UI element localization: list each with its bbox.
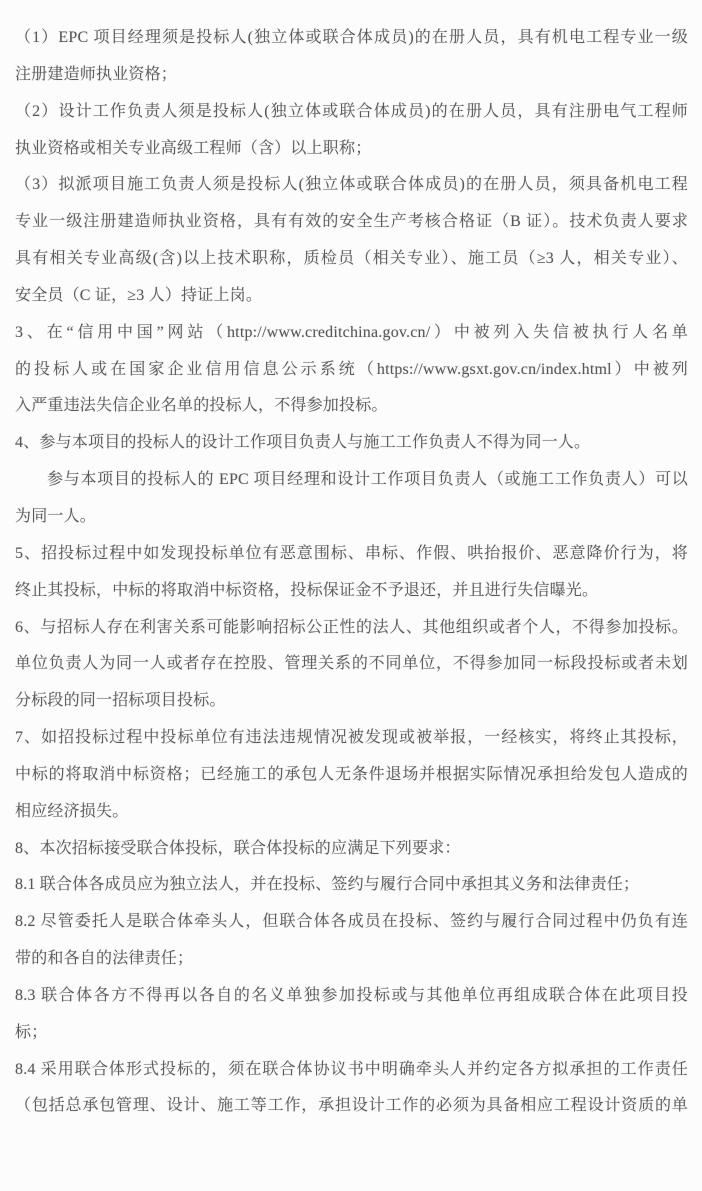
text-line: 执业资格或相关专业高级工程师（含）以上职称； bbox=[15, 131, 688, 168]
text-line: 专业一级注册建造师执业资格，具有有效的安全生产考核合格证（B 证）。技术负责人要… bbox=[15, 204, 688, 241]
text-line: 8.4 采用联合体形式投标的，须在联合体协议书中明确牵头人并约定各方拟承担的工作… bbox=[15, 1052, 688, 1089]
document-body: （1）EPC 项目经理须是投标人(独立体或联合体成员)的在册人员，具有机电工程专… bbox=[15, 20, 688, 1125]
text-line: 3、在“信用中国”网站（http://www.creditchina.gov.c… bbox=[15, 315, 688, 352]
text-line: 入严重违法失信企业名单的投标人，不得参加投标。 bbox=[15, 388, 688, 425]
text-line: 标； bbox=[15, 1015, 688, 1052]
text-line: 分标段的同一招标项目投标。 bbox=[15, 683, 688, 720]
text-line: 带的和各自的法律责任； bbox=[15, 941, 688, 978]
text-line: 8.3 联合体各方不得再以各自的名义单独参加投标或与其他单位再组成联合体在此项目… bbox=[15, 978, 688, 1015]
text-line: 单位负责人为同一人或者存在控股、管理关系的不同单位，不得参加同一标段投标或者未划 bbox=[15, 646, 688, 683]
text-line: 4、参与本项目的投标人的设计工作项目负责人与施工工作负责人不得为同一人。 bbox=[15, 425, 688, 462]
text-line: 8.2 尽管委托人是联合体牵头人，但联合体各成员在投标、签约与履行合同过程中仍负… bbox=[15, 904, 688, 941]
text-line: 安全员（C 证，≥3 人）持证上岗。 bbox=[15, 278, 688, 315]
text-line: （1）EPC 项目经理须是投标人(独立体或联合体成员)的在册人员，具有机电工程专… bbox=[15, 20, 688, 57]
text-line: 注册建造师执业资格； bbox=[15, 57, 688, 94]
text-line: 6、与招标人存在利害关系可能影响招标公正性的法人、其他组织或者个人，不得参加投标… bbox=[15, 610, 688, 647]
text-line: 相应经济损失。 bbox=[15, 794, 688, 831]
text-line: 为同一人。 bbox=[15, 499, 688, 536]
text-line: 终止其投标，中标的将取消中标资格，投标保证金不予退还，并且进行失信曝光。 bbox=[15, 573, 688, 610]
text-line: （2）设计工作负责人须是投标人(独立体或联合体成员)的在册人员，具有注册电气工程… bbox=[15, 94, 688, 131]
text-line: 中标的将取消中标资格；已经施工的承包人无条件退场并根据实际情况承担给发包人造成的 bbox=[15, 757, 688, 794]
text-line: （3）拟派项目施工负责人须是投标人(独立体或联合体成员)的在册人员，须具备机电工… bbox=[15, 167, 688, 204]
document-page: （1）EPC 项目经理须是投标人(独立体或联合体成员)的在册人员，具有机电工程专… bbox=[0, 0, 702, 1191]
text-line: 具有相关专业高级(含)以上技术职称，质检员（相关专业）、施工员（≥3 人，相关专… bbox=[15, 241, 688, 278]
text-line: 参与本项目的投标人的 EPC 项目经理和设计工作项目负责人（或施工工作负责人）可… bbox=[15, 462, 688, 499]
text-line: 7、如招投标过程中投标单位有违法违规情况被发现或被举报，一经核实，将终止其投标， bbox=[15, 720, 688, 757]
text-line: 8、本次招标接受联合体投标，联合体投标的应满足下列要求： bbox=[15, 831, 688, 868]
text-line: 8.1 联合体各成员应为独立法人，并在投标、签约与履行合同中承担其义务和法律责任… bbox=[15, 867, 688, 904]
text-line: 5、招投标过程中如发现投标单位有恶意围标、串标、作假、哄抬报价、恶意降价行为，将 bbox=[15, 536, 688, 573]
text-line: （包括总承包管理、设计、施工等工作，承担设计工作的必须为具备相应工程设计资质的单 bbox=[15, 1088, 688, 1125]
text-line: 的投标人或在国家企业信用信息公示系统（https://www.gsxt.gov.… bbox=[15, 352, 688, 389]
